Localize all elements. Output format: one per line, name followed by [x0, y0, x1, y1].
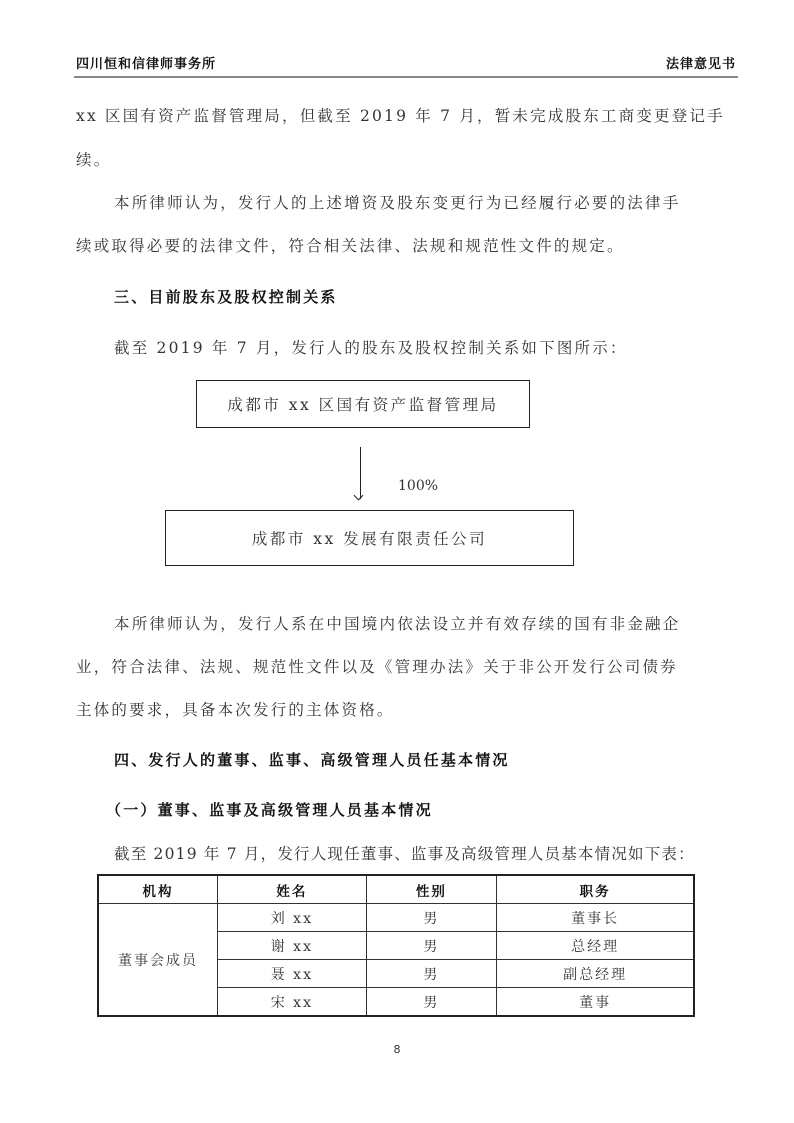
paragraph-line: xx 区国有资产监督管理局，但截至 2019 年 7 月，暂未完成股东工商变更登… [76, 106, 724, 126]
table-row: 董事会成员 刘 xx 男 董事长 [98, 904, 694, 932]
name-cell: 宋 xx [218, 988, 367, 1017]
management-table: 机构 姓名 性别 职务 董事会成员 刘 xx 男 董事长 谢 xx 男 总经理 … [97, 874, 695, 1017]
gender-cell: 男 [366, 988, 497, 1017]
name-cell: 刘 xx [218, 904, 367, 932]
title-cell: 总经理 [497, 932, 694, 960]
section-heading-3: 三、目前股东及股权控制关系 [114, 287, 762, 307]
gender-cell: 男 [366, 960, 497, 988]
group-cell: 董事会成员 [98, 904, 218, 1017]
section-heading-4: 四、发行人的董事、监事、高级管理人员任基本情况 [114, 750, 762, 770]
name-cell: 聂 xx [218, 960, 367, 988]
page-header: 四川恒和信律师事务所 法律意见书 [74, 54, 738, 78]
paragraph-line: 续或取得必要的法律文件，符合相关法律、法规和规范性文件的规定。 [76, 236, 724, 256]
paragraph-line: 截至 2019 年 7 月，发行人现任董事、监事及高级管理人员基本情况如下表： [114, 844, 762, 864]
ownership-percentage: 100% [398, 478, 438, 494]
paragraph-line: 本所律师认为，发行人的上述增资及股东变更行为已经履行必要的法律手 [114, 193, 762, 213]
gender-cell: 男 [366, 932, 497, 960]
paragraph-line: 截至 2019 年 7 月，发行人的股东及股权控制关系如下图所示： [114, 338, 762, 358]
title-cell: 董事长 [497, 904, 694, 932]
name-cell: 谢 xx [218, 932, 367, 960]
column-header: 职务 [497, 875, 694, 904]
title-cell: 董事 [497, 988, 694, 1017]
subsection-heading: （一）董事、监事及高级管理人员基本情况 [106, 800, 754, 820]
paragraph-line: 业，符合法律、法规、规范性文件以及《管理办法》关于非公开发行公司债券 [76, 657, 724, 677]
document-type: 法律意见书 [666, 53, 736, 72]
column-header: 性别 [366, 875, 497, 904]
diagram-box-child: 成都市 xx 发展有限责任公司 [165, 510, 574, 566]
paragraph-line: 主体的要求，具备本次发行的主体资格。 [76, 700, 724, 720]
column-header: 姓名 [218, 875, 367, 904]
gender-cell: 男 [366, 904, 497, 932]
column-header: 机构 [98, 875, 218, 904]
paragraph-line: 续。 [76, 150, 724, 170]
paragraph-line: 本所律师认为，发行人系在中国境内依法设立并有效存续的国有非金融企 [114, 614, 762, 634]
diagram-box-parent-label: 成都市 xx 区国有资产监督管理局 [227, 393, 498, 415]
table-header-row: 机构 姓名 性别 职务 [98, 875, 694, 904]
firm-name: 四川恒和信律师事务所 [76, 53, 216, 72]
page-number: 8 [0, 1043, 794, 1056]
arrow-down-icon [360, 447, 361, 499]
diagram-box-parent: 成都市 xx 区国有资产监督管理局 [196, 380, 530, 428]
title-cell: 副总经理 [497, 960, 694, 988]
diagram-box-child-label: 成都市 xx 发展有限责任公司 [252, 527, 487, 549]
